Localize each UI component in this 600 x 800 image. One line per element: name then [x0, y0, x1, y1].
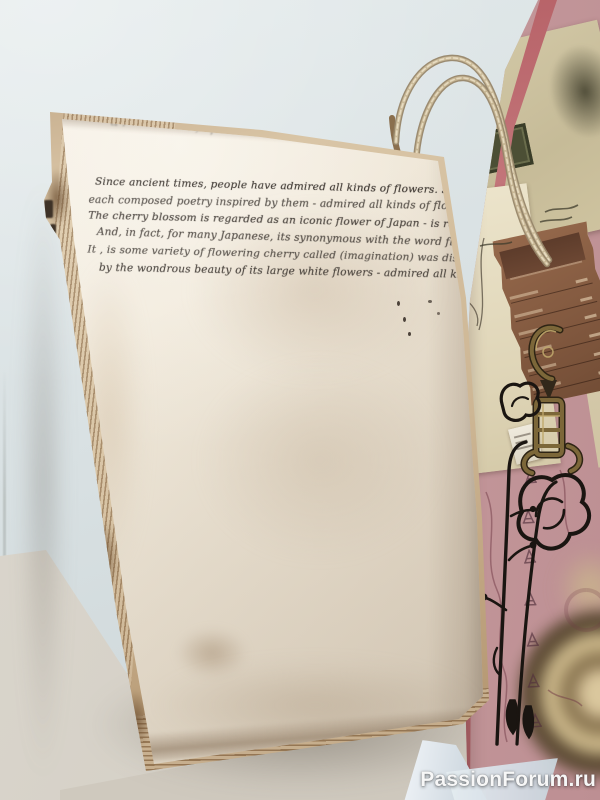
- junk-journal-photo: u. ~ -- ' , pmwlbru u ~ . ) Since ancien…: [0, 0, 600, 800]
- handwriting-line: by the wondrous beauty of its large whit…: [87, 259, 459, 283]
- pinprick-speck: [403, 317, 406, 322]
- pinprick-speck: [397, 301, 400, 306]
- coffee-stain: [200, 360, 440, 560]
- handwriting-line: each composed poetry inspired by them - …: [89, 192, 461, 215]
- handwriting-line: The cherry blossom is regarded as an ico…: [88, 207, 460, 233]
- ink-fleck: [428, 300, 432, 303]
- pinprick-speck: [408, 332, 411, 336]
- handwriting-line: And, in fact, for many Japanese, its syn…: [88, 223, 460, 251]
- site-watermark: PassionForum.ru: [420, 768, 596, 792]
- stamped-handwriting-paragraph: Since ancient times, people have admired…: [87, 173, 461, 284]
- coffee-stain: [190, 200, 440, 380]
- handwriting-line: Since ancient times, people have admired…: [89, 173, 461, 199]
- coffee-stain: [176, 628, 248, 678]
- ink-fleck: [437, 312, 440, 315]
- handwriting-line: It , is some variety of flowering cherry…: [87, 241, 459, 267]
